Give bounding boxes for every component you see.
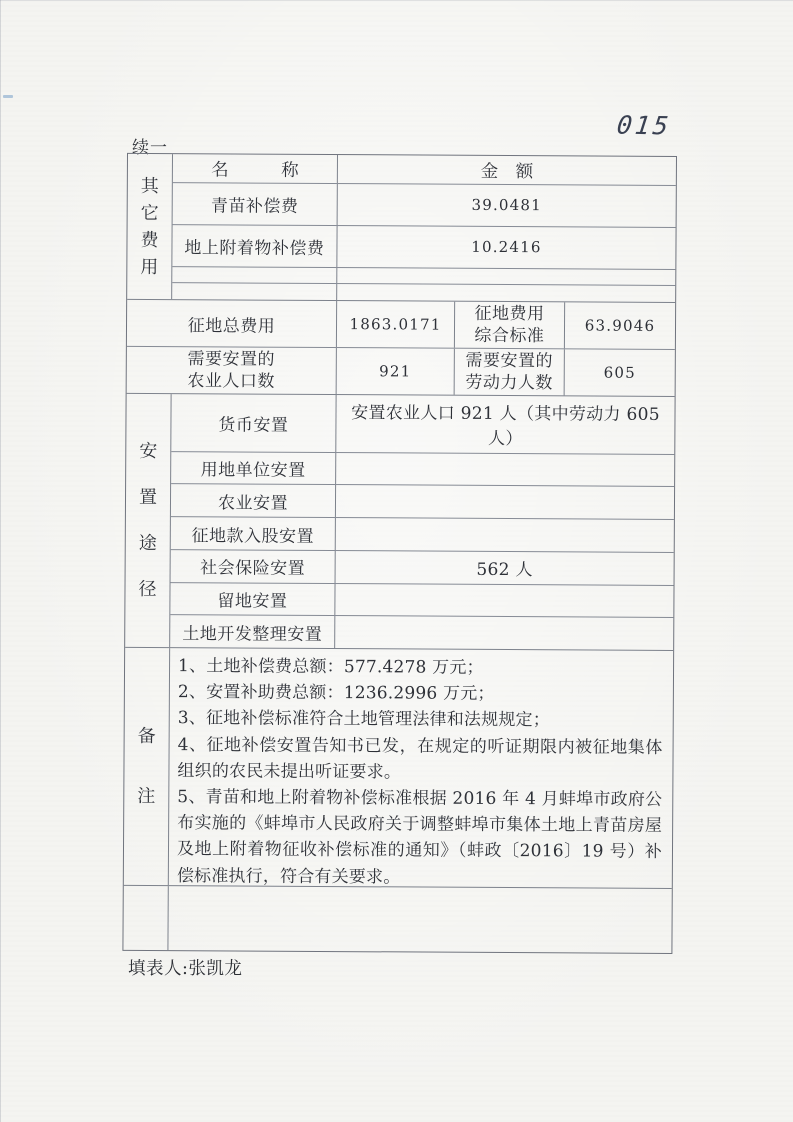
- resettlement-value: [334, 616, 673, 650]
- resettlement-method: 征地款入股安置: [171, 517, 335, 550]
- section-totals: 征地总费用 1863.0171 征地费用综合标准 63.9046 需要安置的农业…: [127, 299, 676, 396]
- table-row: 征地款入股安置: [171, 516, 674, 552]
- compensation-table: 其它费用 名 称 金 额 青苗补偿费 39.0481 地上附着物补偿费 10.2…: [122, 153, 677, 954]
- agri-population-value: 921: [336, 348, 454, 395]
- row-header-resettlement: 安置途径: [137, 428, 158, 612]
- table-row: 货币安置 安置农业人口 921 人（其中劳动力 605 人）: [171, 394, 674, 454]
- comprehensive-standard-label-text: 征地费用综合标准: [472, 303, 547, 347]
- labor-population-label-text: 需要安置的劳动力人数: [463, 350, 555, 395]
- table-row: 征地总费用 1863.0171 征地费用综合标准 63.9046: [127, 300, 675, 349]
- bottom-empty-header-cell: [123, 886, 167, 950]
- row-header-remarks-cell: 备注: [124, 648, 169, 885]
- fee-amount: [336, 284, 675, 302]
- row-header-other-fees-cell: 其它费用: [127, 154, 172, 299]
- section-other-fees: 其它费用 名 称 金 额 青苗补偿费 39.0481 地上附着物补偿费 10.2…: [127, 154, 676, 302]
- page-number-stamp: 015: [615, 111, 673, 141]
- comprehensive-standard-value: 63.9046: [564, 302, 675, 349]
- fee-amount: [336, 268, 675, 286]
- resettlement-value: [335, 518, 674, 552]
- table-row: 青苗补偿费 39.0481: [173, 182, 676, 227]
- resettlement-method: 用地单位安置: [171, 452, 335, 485]
- total-fee-value: 1863.0171: [336, 301, 454, 348]
- labor-population-value: 605: [564, 349, 675, 396]
- row-header-other-fees: 其它费用: [139, 172, 159, 280]
- scan-artifact-mark: [3, 95, 13, 98]
- fee-amount: 39.0481: [337, 184, 676, 227]
- table-row: 农业安置: [171, 484, 674, 520]
- scan-edge-top: [0, 0, 793, 1]
- resettlement-method: 农业安置: [171, 485, 335, 518]
- comprehensive-standard-label: 征地费用综合标准: [454, 302, 564, 349]
- table-header-row: 名 称 金 额: [173, 154, 676, 185]
- resettlement-value: [334, 584, 673, 618]
- remarks-note-5: 5、青苗和地上附着物补偿标准根据 2016 年 4 月蚌埠市政府公布实施的《蚌埠…: [177, 784, 663, 892]
- fee-name: [172, 267, 336, 284]
- resettlement-method: 土地开发整理安置: [170, 615, 334, 648]
- resettlement-value: 安置农业人口 921 人（其中劳动力 605 人）: [335, 395, 674, 454]
- section-resettlement: 安置途径 货币安置 安置农业人口 921 人（其中劳动力 605 人） 用地单位…: [125, 393, 674, 650]
- remarks-note-4: 4、征地补偿安置告知书已发，在规定的听证期限内被征地集体组织的农民未提出听证要求…: [177, 732, 662, 787]
- scanned-page: 015 续一 其它费用 名 称 金 额 青苗补偿费 39.0481 地上附着物补…: [0, 0, 793, 1122]
- remarks-note-3: 3、征地补偿标准符合土地管理法律和法规规定；: [178, 706, 663, 735]
- row-header-remarks: 备注: [136, 706, 156, 826]
- table-row: 需要安置的农业人口数 921 需要安置的劳动力人数 605: [127, 346, 675, 396]
- labor-population-label: 需要安置的劳动力人数: [454, 349, 564, 396]
- resettlement-method: 社会保险安置: [171, 550, 335, 583]
- fee-name: 地上附着物补偿费: [172, 225, 336, 267]
- resettlement-method: 货币安置: [171, 394, 335, 452]
- agri-population-label: 需要安置的农业人口数: [127, 347, 336, 394]
- table-row: 土地开发整理安置: [170, 614, 673, 650]
- fee-amount: 10.2416: [336, 226, 675, 269]
- resettlement-method: 留地安置: [170, 583, 334, 616]
- table-row: 社会保险安置 562 人: [171, 549, 674, 585]
- column-header-name: 名 称: [173, 154, 337, 183]
- total-fee-label: 征地总费用: [127, 300, 336, 347]
- row-header-resettlement-cell: 安置途径: [125, 394, 170, 647]
- column-header-amount: 金 额: [337, 155, 676, 185]
- table-row: 留地安置: [170, 582, 673, 618]
- fee-name: [172, 283, 336, 300]
- agri-population-label-text: 需要安置的农业人口数: [185, 348, 277, 393]
- form-filler-label: 填表人:张凯龙: [128, 955, 242, 980]
- resettlement-value: [335, 485, 674, 519]
- resettlement-value: 562 人: [335, 551, 674, 585]
- remarks-note-2: 2、安置补助费总额：1236.2996 万元；: [178, 679, 663, 708]
- resettlement-value: [335, 453, 674, 487]
- section-remarks: 备注 1、土地补偿费总额：577.4278 万元； 2、安置补助费总额：1236…: [124, 647, 673, 888]
- bottom-empty-content-cell: [167, 886, 671, 953]
- remarks-content: 1、土地补偿费总额：577.4278 万元； 2、安置补助费总额：1236.29…: [168, 648, 673, 888]
- scan-edge-left: [0, 0, 1, 1122]
- fee-name: 青苗补偿费: [173, 183, 337, 225]
- table-row: 用地单位安置: [171, 451, 674, 487]
- remarks-note-1: 1、土地补偿费总额：577.4278 万元；: [178, 653, 663, 682]
- bottom-empty-row: [123, 885, 671, 953]
- table-row: 地上附着物补偿费 10.2416: [172, 224, 675, 269]
